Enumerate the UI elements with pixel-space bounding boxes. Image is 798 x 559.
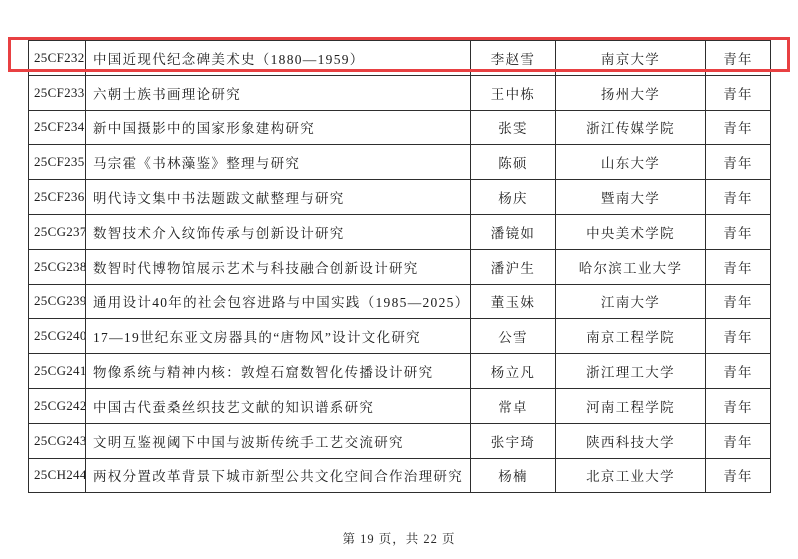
document-page: 25CF232中国近现代纪念碑美术史（1880—1959）李赵雪南京大学青年25…	[0, 0, 798, 559]
leader-cell: 公雪	[471, 319, 556, 354]
table-row: 25CH244两权分置改革背景下城市新型公共文化空间合作治理研究杨楠北京工业大学…	[29, 458, 771, 493]
title-cell: 六朝士族书画理论研究	[86, 75, 471, 110]
table-row: 25CG243文明互鉴视阈下中国与波斯传统手工艺交流研究张宇琦陕西科技大学青年	[29, 423, 771, 458]
institution-cell: 陕西科技大学	[556, 423, 706, 458]
id-cell: 25CG241	[29, 354, 86, 389]
leader-cell: 常卓	[471, 388, 556, 423]
title-cell: 中国古代蚕桑丝织技艺文献的知识谱系研究	[86, 388, 471, 423]
leader-cell: 陈硕	[471, 145, 556, 180]
category-cell: 青年	[706, 354, 771, 389]
title-cell: 新中国摄影中的国家形象建构研究	[86, 110, 471, 145]
table-row: 25CF236明代诗文集中书法题跋文献整理与研究杨庆暨南大学青年	[29, 180, 771, 215]
leader-cell: 张宇琦	[471, 423, 556, 458]
title-cell: 文明互鉴视阈下中国与波斯传统手工艺交流研究	[86, 423, 471, 458]
table-row: 25CG238数智时代博物馆展示艺术与科技融合创新设计研究潘沪生哈尔滨工业大学青…	[29, 249, 771, 284]
table-row: 25CF235马宗霍《书林藻鉴》整理与研究陈硕山东大学青年	[29, 145, 771, 180]
id-cell: 25CH244	[29, 458, 86, 493]
id-cell: 25CF233	[29, 75, 86, 110]
page-indicator: 第 19 页，共 22 页	[0, 529, 798, 547]
category-cell: 青年	[706, 75, 771, 110]
id-cell: 25CG239	[29, 284, 86, 319]
category-cell: 青年	[706, 110, 771, 145]
id-cell: 25CF235	[29, 145, 86, 180]
institution-cell: 江南大学	[556, 284, 706, 319]
table-row: 25CG24017—19世纪东亚文房器具的“唐物风”设计文化研究公雪南京工程学院…	[29, 319, 771, 354]
leader-cell: 潘沪生	[471, 249, 556, 284]
id-cell: 25CG242	[29, 388, 86, 423]
leader-cell: 王中栋	[471, 75, 556, 110]
category-cell: 青年	[706, 214, 771, 249]
leader-cell: 杨庆	[471, 180, 556, 215]
category-cell: 青年	[706, 284, 771, 319]
title-cell: 两权分置改革背景下城市新型公共文化空间合作治理研究	[86, 458, 471, 493]
category-cell: 青年	[706, 180, 771, 215]
id-cell: 25CG243	[29, 423, 86, 458]
title-cell: 马宗霍《书林藻鉴》整理与研究	[86, 145, 471, 180]
institution-cell: 哈尔滨工业大学	[556, 249, 706, 284]
institution-cell: 中央美术学院	[556, 214, 706, 249]
table-row: 25CG241物像系统与精神内核：敦煌石窟数智化传播设计研究杨立凡浙江理工大学青…	[29, 354, 771, 389]
category-cell: 青年	[706, 145, 771, 180]
title-cell: 17—19世纪东亚文房器具的“唐物风”设计文化研究	[86, 319, 471, 354]
title-cell: 明代诗文集中书法题跋文献整理与研究	[86, 180, 471, 215]
leader-cell: 杨立凡	[471, 354, 556, 389]
leader-cell: 潘镜如	[471, 214, 556, 249]
table-row: 25CG239通用设计40年的社会包容进路与中国实践（1985—2025）董玉妹…	[29, 284, 771, 319]
institution-cell: 南京工程学院	[556, 319, 706, 354]
table-row: 25CF234新中国摄影中的国家形象建构研究张雯浙江传媒学院青年	[29, 110, 771, 145]
id-cell: 25CF232	[29, 41, 86, 76]
leader-cell: 杨楠	[471, 458, 556, 493]
projects-table: 25CF232中国近现代纪念碑美术史（1880—1959）李赵雪南京大学青年25…	[28, 40, 771, 493]
institution-cell: 浙江理工大学	[556, 354, 706, 389]
table-row: 25CF233六朝士族书画理论研究王中栋扬州大学青年	[29, 75, 771, 110]
id-cell: 25CG238	[29, 249, 86, 284]
institution-cell: 山东大学	[556, 145, 706, 180]
id-cell: 25CF236	[29, 180, 86, 215]
table-row: 25CG242中国古代蚕桑丝织技艺文献的知识谱系研究常卓河南工程学院青年	[29, 388, 771, 423]
table-row: 25CG237数智技术介入纹饰传承与创新设计研究潘镜如中央美术学院青年	[29, 214, 771, 249]
leader-cell: 董玉妹	[471, 284, 556, 319]
category-cell: 青年	[706, 319, 771, 354]
institution-cell: 浙江传媒学院	[556, 110, 706, 145]
title-cell: 数智时代博物馆展示艺术与科技融合创新设计研究	[86, 249, 471, 284]
institution-cell: 扬州大学	[556, 75, 706, 110]
leader-cell: 李赵雪	[471, 41, 556, 76]
title-cell: 中国近现代纪念碑美术史（1880—1959）	[86, 41, 471, 76]
title-cell: 数智技术介入纹饰传承与创新设计研究	[86, 214, 471, 249]
category-cell: 青年	[706, 423, 771, 458]
institution-cell: 河南工程学院	[556, 388, 706, 423]
category-cell: 青年	[706, 249, 771, 284]
title-cell: 通用设计40年的社会包容进路与中国实践（1985—2025）	[86, 284, 471, 319]
category-cell: 青年	[706, 388, 771, 423]
institution-cell: 北京工业大学	[556, 458, 706, 493]
institution-cell: 南京大学	[556, 41, 706, 76]
title-cell: 物像系统与精神内核：敦煌石窟数智化传播设计研究	[86, 354, 471, 389]
institution-cell: 暨南大学	[556, 180, 706, 215]
id-cell: 25CF234	[29, 110, 86, 145]
category-cell: 青年	[706, 458, 771, 493]
table-body: 25CF232中国近现代纪念碑美术史（1880—1959）李赵雪南京大学青年25…	[29, 41, 771, 493]
id-cell: 25CG237	[29, 214, 86, 249]
category-cell: 青年	[706, 41, 771, 76]
table-row-highlighted: 25CF232中国近现代纪念碑美术史（1880—1959）李赵雪南京大学青年	[29, 41, 771, 76]
leader-cell: 张雯	[471, 110, 556, 145]
id-cell: 25CG240	[29, 319, 86, 354]
